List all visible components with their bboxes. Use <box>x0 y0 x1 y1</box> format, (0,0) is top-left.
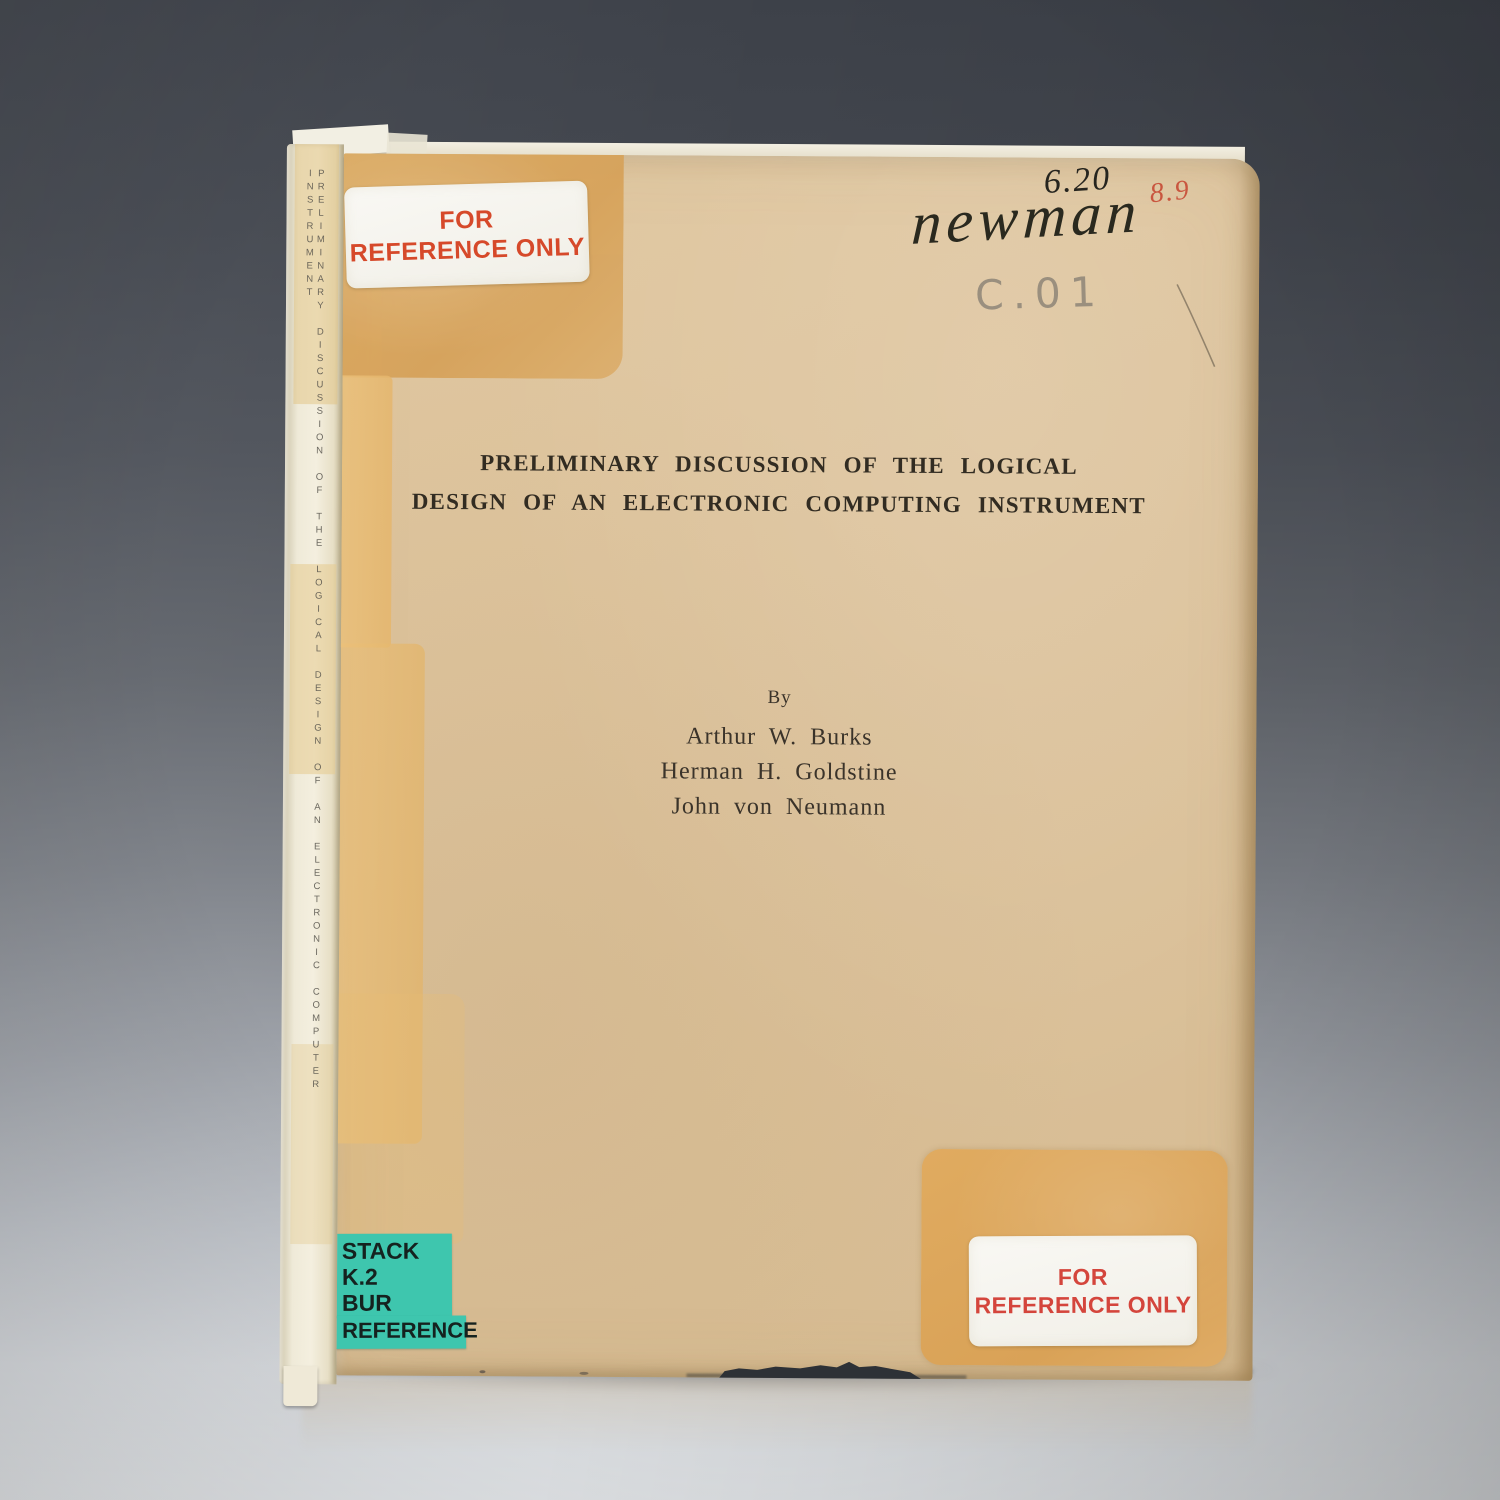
reference-only-label-top: FOR REFERENCE ONLY <box>344 181 590 289</box>
cover-authors: By Arthur W. Burks Herman H. Goldstine J… <box>340 684 1219 827</box>
front-cover: FOR REFERENCE ONLY 6.20 8.9 newman C.01 … <box>336 153 1259 1381</box>
reference-label-line1: FOR <box>439 204 494 236</box>
photo-stage: PRELIMINARY DISCUSSION OF THE LOGICAL DE… <box>0 0 1500 1500</box>
reference-label-line2: REFERENCE ONLY <box>974 1290 1191 1319</box>
spine-title-text: PRELIMINARY DISCUSSION OF THE LOGICAL DE… <box>299 168 327 1153</box>
reference-label-line1: FOR <box>1058 1263 1108 1291</box>
stack-line: BUR <box>342 1290 452 1316</box>
author-name: Herman H. Goldstine <box>340 752 1218 792</box>
reference-only-label-bottom: FOR REFERENCE ONLY <box>969 1235 1197 1346</box>
edge-chip <box>479 1370 485 1373</box>
stack-line-reference: REFERENCE <box>336 1316 466 1349</box>
reference-label-line2: REFERENCE ONLY <box>349 231 585 268</box>
tape-strip-left <box>336 993 464 1244</box>
table-reflection <box>302 1378 1252 1450</box>
spine-foot <box>283 1366 317 1406</box>
handwritten-shelf-code: C.01 <box>974 268 1105 320</box>
byline: By <box>341 684 1219 711</box>
stack-sticker-main: STACK K.2 BUR <box>336 1234 452 1318</box>
book-spine: PRELIMINARY DISCUSSION OF THE LOGICAL DE… <box>279 144 344 1384</box>
cover-title-line2: DESIGN OF AN ELECTRONIC COMPUTING INSTRU… <box>342 488 1216 519</box>
stack-reference-sticker: STACK K.2 BUR REFERENCE <box>336 1234 466 1349</box>
handwritten-owner-name: newman <box>910 177 1143 259</box>
author-name: John von Neumann <box>340 787 1218 827</box>
report-book: PRELIMINARY DISCUSSION OF THE LOGICAL DE… <box>279 140 1260 1381</box>
edge-chip <box>579 1372 588 1375</box>
stack-line: STACK <box>342 1238 452 1264</box>
bottom-edge-tear <box>718 1359 922 1380</box>
cover-title-line1: PRELIMINARY DISCUSSION OF THE LOGICAL <box>342 449 1216 480</box>
stack-line: K.2 <box>342 1264 452 1290</box>
cover-title: PRELIMINARY DISCUSSION OF THE LOGICAL DE… <box>342 449 1216 519</box>
crease-mark <box>1171 282 1232 370</box>
handwritten-price-red: 8.9 <box>1148 174 1192 210</box>
author-name: Arthur W. Burks <box>340 717 1218 757</box>
